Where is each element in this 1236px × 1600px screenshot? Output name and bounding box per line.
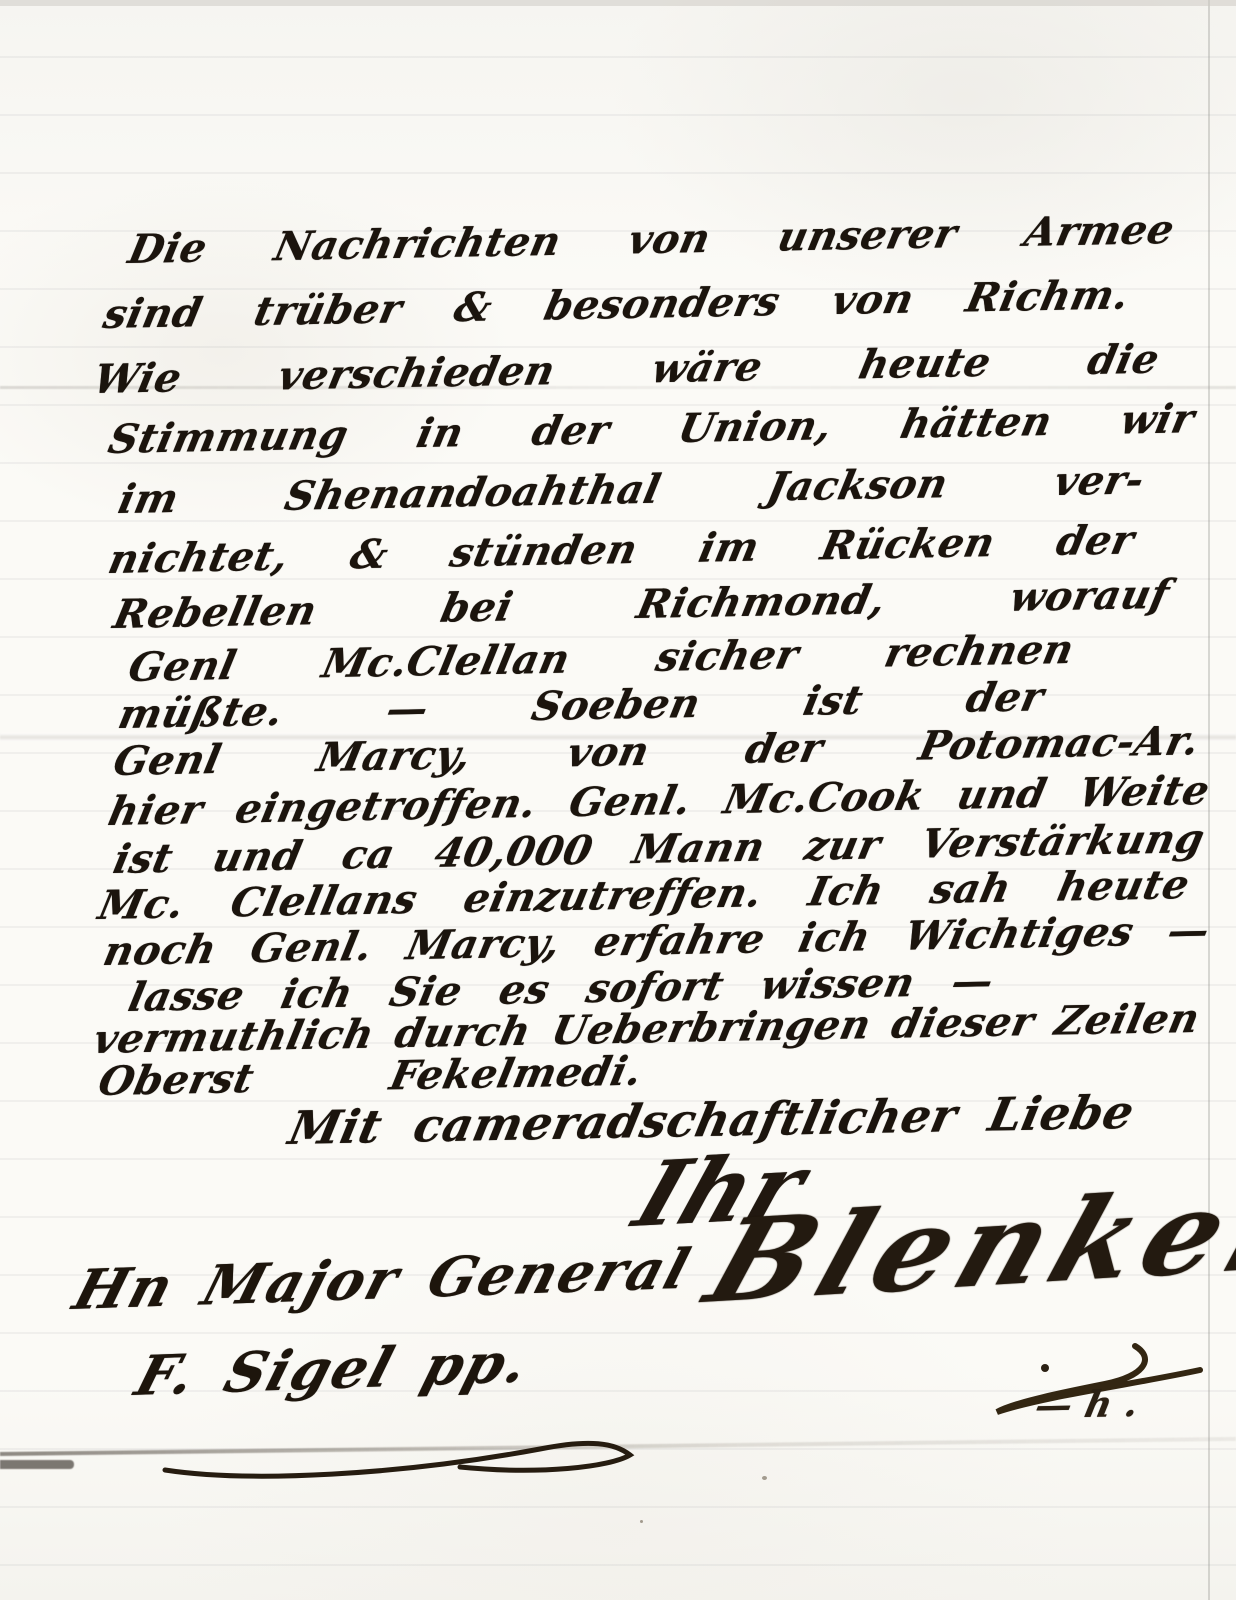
recipient-line-1: Hn Major General: [68, 1241, 697, 1317]
letter-line-5: im Shenandoahthal Jackson ver-: [115, 460, 1148, 520]
letter-line-7: Rebellen bei Richmond, worauf: [110, 575, 1173, 635]
ink-speck: [640, 1520, 643, 1523]
letter-line-4: Stimmung in der Union, hätten wir: [105, 399, 1198, 460]
letter-paper: Die Nachrichten von unserer Armee sind t…: [0, 0, 1236, 1600]
scan-top-edge: [0, 0, 1236, 6]
paper-right-edge: [1208, 0, 1210, 1600]
fold-crease-bottom: [0, 1437, 1236, 1456]
recipient-flourish: [160, 1415, 640, 1485]
letter-line-1: Die Nachrichten von unserer Armee: [125, 210, 1178, 270]
signature-blenker: Blenker: [695, 1170, 1236, 1320]
signature-mark: — h .: [1032, 1386, 1142, 1424]
letter-line-17: Oberst Fekelmedi.: [95, 1052, 646, 1102]
ink-speck: [762, 1476, 767, 1480]
letter-line-6: nichtet, & stünden im Rücken der: [105, 520, 1138, 580]
letter-line-2: sind trüber & besonders von Richm.: [100, 275, 1133, 335]
recipient-line-2: F. Sigel pp.: [130, 1335, 536, 1403]
fold-shadow-left-edge: [0, 1460, 74, 1469]
letter-line-3: Wie verschieden wäre heute die: [90, 340, 1163, 400]
